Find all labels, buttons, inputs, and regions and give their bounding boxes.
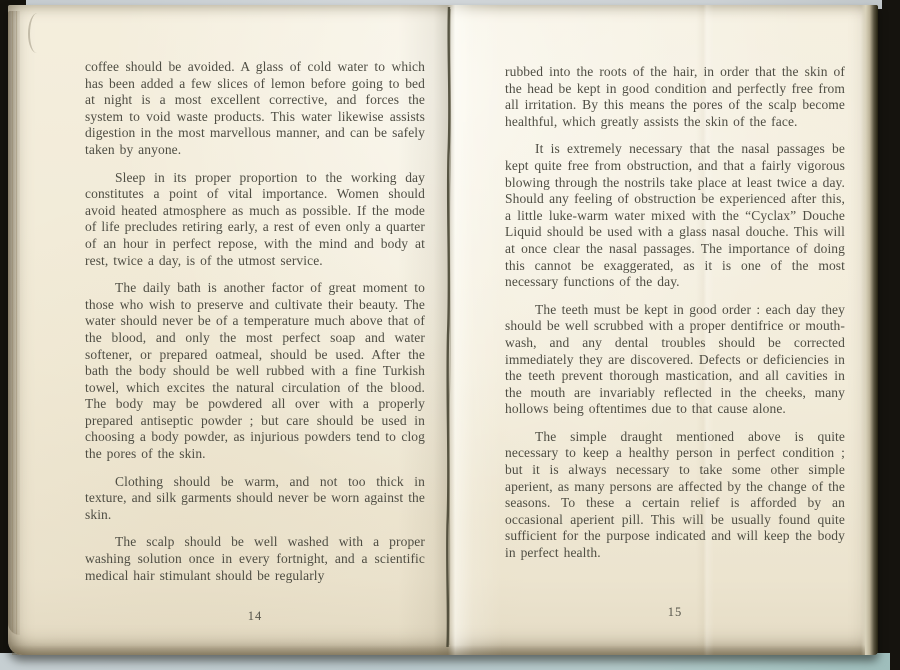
paragraph: Clothing should be warm, and not too thi…: [85, 474, 425, 524]
paragraph: The teeth must be kept in good order : e…: [505, 302, 845, 418]
paragraph: The scalp should be well washed with a p…: [85, 534, 425, 584]
page-right-text: rubbed into the roots of the hair, in or…: [505, 64, 845, 573]
scanner-bed-bottom: [0, 653, 890, 670]
paragraph: coffee should be avoided. A glass of col…: [85, 59, 425, 159]
page-left-text: coffee should be avoided. A glass of col…: [85, 59, 425, 595]
page-number-left: 14: [85, 609, 425, 624]
paragraph: The daily bath is another factor of grea…: [85, 280, 425, 463]
page-stack-edge-right: [861, 5, 878, 655]
book-bottom-shadow: [12, 645, 865, 655]
paragraph: The simple draught mentioned above is qu…: [505, 429, 845, 562]
page-curl-mark: [28, 13, 46, 53]
book-scan: coffee should be avoided. A glass of col…: [0, 0, 900, 670]
page-number-right: 15: [505, 605, 845, 620]
paragraph: rubbed into the roots of the hair, in or…: [505, 64, 845, 130]
paragraph: It is extremely necessary that the nasal…: [505, 141, 845, 290]
page-stack-edge-left: [8, 11, 20, 635]
open-book: coffee should be avoided. A glass of col…: [8, 5, 878, 655]
paragraph: Sleep in its proper proportion to the wo…: [85, 170, 425, 270]
spine-crease: [438, 5, 458, 655]
